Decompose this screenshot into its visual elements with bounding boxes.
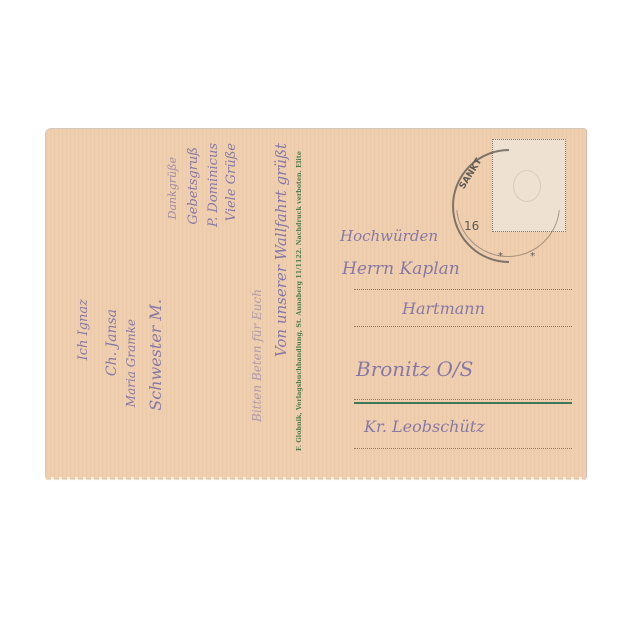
address-line-4: Bronitz O/S — [356, 357, 473, 381]
address-rule — [354, 326, 572, 327]
message-line: P. Dominicus — [206, 143, 221, 227]
address-rule — [354, 289, 572, 290]
message-line: Viele Grüße — [224, 143, 239, 221]
address-line-1: Hochwürden — [340, 227, 438, 245]
message-line: Dankgrüße — [166, 157, 179, 219]
address-line-5: Kr. Leobschütz — [364, 417, 485, 436]
publisher-imprint: F. Globnik, Verlagsbuchhandlung, St. Ann… — [296, 131, 308, 471]
message-line: Maria Gramke — [124, 319, 138, 407]
postcard-back: F. Globnik, Verlagsbuchhandlung, St. Ann… — [46, 129, 586, 478]
postmark-stars: * * — [498, 251, 547, 262]
address-line-2: Herrn Kaplan — [342, 259, 460, 279]
address-rule — [354, 448, 572, 449]
message-line: Bitten Beten für Euch — [250, 289, 264, 422]
message-line: Gebetsgruß — [186, 147, 201, 225]
message-line: Ich Ignaz — [76, 299, 91, 360]
message-line: Ch. Jansa — [104, 309, 120, 376]
message-line: Schwester M. — [146, 299, 165, 411]
message-line: Von unserer Wallfahrt grüßt — [272, 143, 290, 357]
postmark-day: 16 — [464, 219, 479, 233]
address-rule — [354, 399, 572, 400]
address-line-3: Hartmann — [402, 299, 485, 318]
address-underline — [354, 402, 572, 404]
